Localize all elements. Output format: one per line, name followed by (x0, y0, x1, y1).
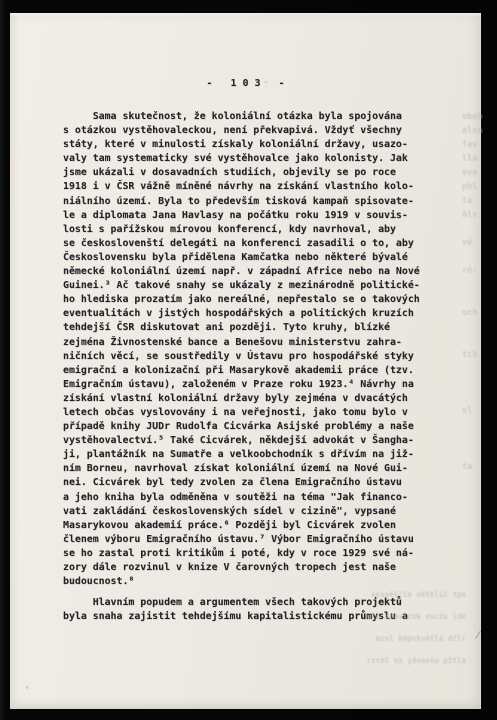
text-line: členem výboru Emigračního ústavu.⁷ Výbor… (63, 533, 463, 547)
bleed-through-text: álv (462, 210, 477, 220)
text-line: letech občas vyslovovány i na veřejnosti… (63, 406, 463, 420)
bleed-through-text: rzchl vz jdsavšu pžtla (310, 657, 466, 664)
bleed-through-column: oboh alsa Tav lla évn phl ta álv vé ró- … (462, 112, 492, 532)
bleed-through-text: phl (462, 182, 477, 192)
bleed-through-text: och (462, 308, 477, 318)
bleed-through-text: tch (462, 350, 477, 360)
text-line: tehdejší ČSR diskutovat ani později. Tyt… (63, 321, 463, 335)
bleed-through-block: ássvěšllá větklíč tps vln právlčnk escžs… (310, 576, 466, 680)
text-line: případě knihy JUDr Rudolfa Cicvárka Asij… (63, 420, 463, 434)
text-line: vati zakládání československých sídel v … (63, 505, 463, 519)
body-text: Sama skutečnost, že koloniální otázka by… (63, 110, 463, 624)
scan-speck: / (474, 630, 482, 642)
bleed-through-text: mzsl képskvétla dčlr (310, 635, 466, 642)
text-line: le a diplomata Jana Havlasy na počátku r… (63, 209, 463, 223)
bleed-through-text: alsa (462, 126, 482, 136)
bleed-through-text: oboh (462, 112, 482, 122)
bleed-through-text: Tav (462, 140, 477, 150)
text-line: jsme ukázali v dosavadních studiích, obj… (63, 166, 463, 180)
text-line: získání vlastní koloniální državy byly z… (63, 392, 463, 406)
text-line: německé koloniální území např. v západní… (63, 265, 463, 279)
text-line: Sama skutečnost, že koloniální otázka by… (63, 110, 463, 124)
text-line: ním Borneu, navrhoval získat koloniální … (63, 462, 463, 476)
text-line: zejména Živnostenské bance a Benešovu mi… (63, 336, 463, 350)
text-line: s otázkou vystěhovaleckou, není překvapi… (63, 124, 463, 138)
bleed-through-text: ta (462, 196, 472, 206)
text-line: se ho zastal proti kritikům i poté, kdy … (63, 547, 463, 561)
text-line: se českoslovenští delegáti na konferenci… (63, 237, 463, 251)
text-line: Československu byla přidělena Kamčatka n… (63, 251, 463, 265)
bleed-through-text: vl (462, 406, 472, 416)
text-line: 1918 i v ČSR vážně míněné návrhy na získ… (63, 180, 463, 194)
text-line: a jeho kniha byla odměněna v soutěži na … (63, 491, 463, 505)
scanned-page: - 103 - - Sama skutečnost, že koloniální… (10, 13, 481, 709)
text-line: ho hlediska prozatím jako nereálné, nepř… (63, 293, 463, 307)
text-line: nei. Cicvárek byl tedy zvolen za člena E… (63, 476, 463, 490)
bleed-through-text: ta (462, 462, 472, 472)
text-line: ničních věcí, se soustředily v Ústavu pr… (63, 350, 463, 364)
bleed-through-text: vé (462, 238, 472, 248)
bleed-through-text: lla (462, 154, 477, 164)
bleed-through-text: ássvěšllá větklíč tps (310, 591, 466, 598)
text-line: Guinei.³ Ač takové snahy se ukázaly z me… (63, 279, 463, 293)
text-line: losti s pařížskou mírovou konferencí, kd… (63, 223, 463, 237)
text-line: Emigračním ústavu), založeném v Praze ro… (63, 378, 463, 392)
page-number: - 103 - (10, 78, 481, 89)
bleed-through-text: évn (462, 168, 477, 178)
text-line: ji, plantážník na Sumatře a velkoobchodn… (63, 448, 463, 462)
bleed-through-text: ró- (462, 266, 477, 276)
text-line: niálního území. Byla to především tiskov… (63, 195, 463, 209)
paragraph: Sama skutečnost, že koloniální otázka by… (63, 110, 463, 589)
text-line: valy tam systematicky své vystěhovalce j… (63, 152, 463, 166)
bleed-through-text: vln právlčnk escžs ldě (310, 613, 466, 620)
scan-smudge: - (263, 77, 269, 88)
scan-speck: ' (24, 685, 30, 696)
text-line: emigrační a kolonizační při Masarykově a… (63, 364, 463, 378)
text-line: zory dále rozvinul v knize V čarovných t… (63, 561, 463, 575)
text-line: státy, které v minulosti získaly koloniá… (63, 138, 463, 152)
text-line: Masarykovou akademií práce.⁶ Později byl… (63, 519, 463, 533)
text-line: eventualitách v jistých hospodářských a … (63, 307, 463, 321)
text-line: vystěhovalectví.⁵ Také Cicvárek, někdejš… (63, 434, 463, 448)
